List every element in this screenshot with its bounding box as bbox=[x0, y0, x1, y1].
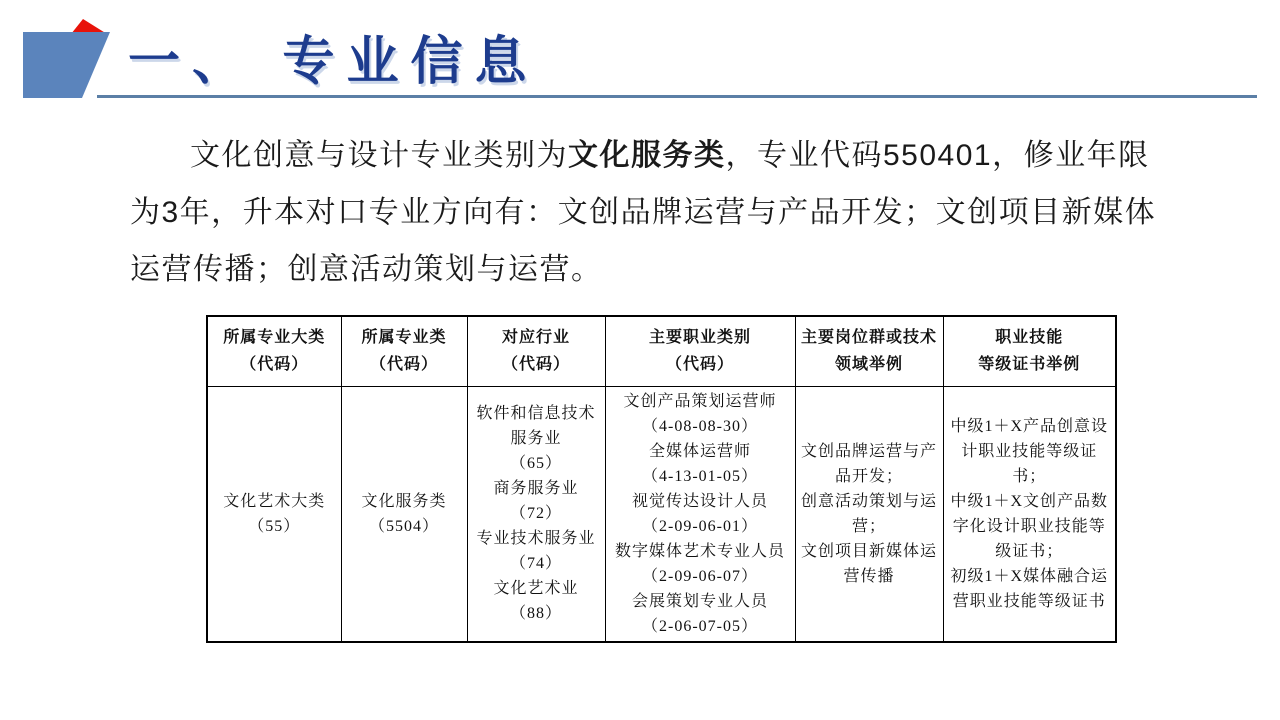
title-underline bbox=[97, 95, 1257, 98]
intro-paragraph: 文化创意与设计专业类别为文化服务类，专业代码550401，修业年限 为3年，升本… bbox=[130, 127, 1200, 298]
accent-parallelogram bbox=[23, 32, 110, 98]
major-info-table: 所属专业大类 （代码） 所属专业类 （代码） 对应行业 （代码） 主要职业类别 … bbox=[206, 315, 1117, 643]
intro-text-lead: 文化创意与设计专业类别为 bbox=[190, 139, 568, 172]
header-certificates: 职业技能 等级证书举例 bbox=[943, 316, 1116, 386]
cell-certificates: 中级1＋X产品创意设计职业技能等级证书； 中级1＋X文创产品数字化设计职业技能等… bbox=[943, 386, 1116, 642]
table-row: 文化艺术大类 （55） 文化服务类 （5504） 软件和信息技术服务业 （65）… bbox=[207, 386, 1116, 642]
table-body: 文化艺术大类 （55） 文化服务类 （5504） 软件和信息技术服务业 （65）… bbox=[207, 386, 1116, 642]
header-post-group: 主要岗位群或技术 领域举例 bbox=[795, 316, 943, 386]
cell-post-group: 文创品牌运营与产品开发； 创意活动策划与运营； 文创项目新媒体运营传播 bbox=[795, 386, 943, 642]
page-title: 一、 专业信息 bbox=[128, 34, 538, 91]
intro-text-bold: 文化服务类 bbox=[568, 139, 726, 172]
header-occupation-category: 主要职业类别 （代码） bbox=[605, 316, 795, 386]
cell-major-class: 文化服务类 （5504） bbox=[341, 386, 467, 642]
cell-industry: 软件和信息技术服务业 （65） 商务服务业 （72） 专业技术服务业 （74） … bbox=[467, 386, 605, 642]
table-header-row: 所属专业大类 （代码） 所属专业类 （代码） 对应行业 （代码） 主要职业类别 … bbox=[207, 316, 1116, 386]
cell-major-category: 文化艺术大类 （55） bbox=[207, 386, 341, 642]
flag-icon bbox=[71, 19, 107, 34]
cell-occupation-category: 文创产品策划运营师 （4-08-08-30） 全媒体运营师 （4-13-01-0… bbox=[605, 386, 795, 642]
header-major-category: 所属专业大类 （代码） bbox=[207, 316, 341, 386]
header-major-class: 所属专业类 （代码） bbox=[341, 316, 467, 386]
slide: 一、 专业信息 文化创意与设计专业类别为文化服务类，专业代码550401，修业年… bbox=[0, 0, 1280, 720]
header-industry: 对应行业 （代码） bbox=[467, 316, 605, 386]
